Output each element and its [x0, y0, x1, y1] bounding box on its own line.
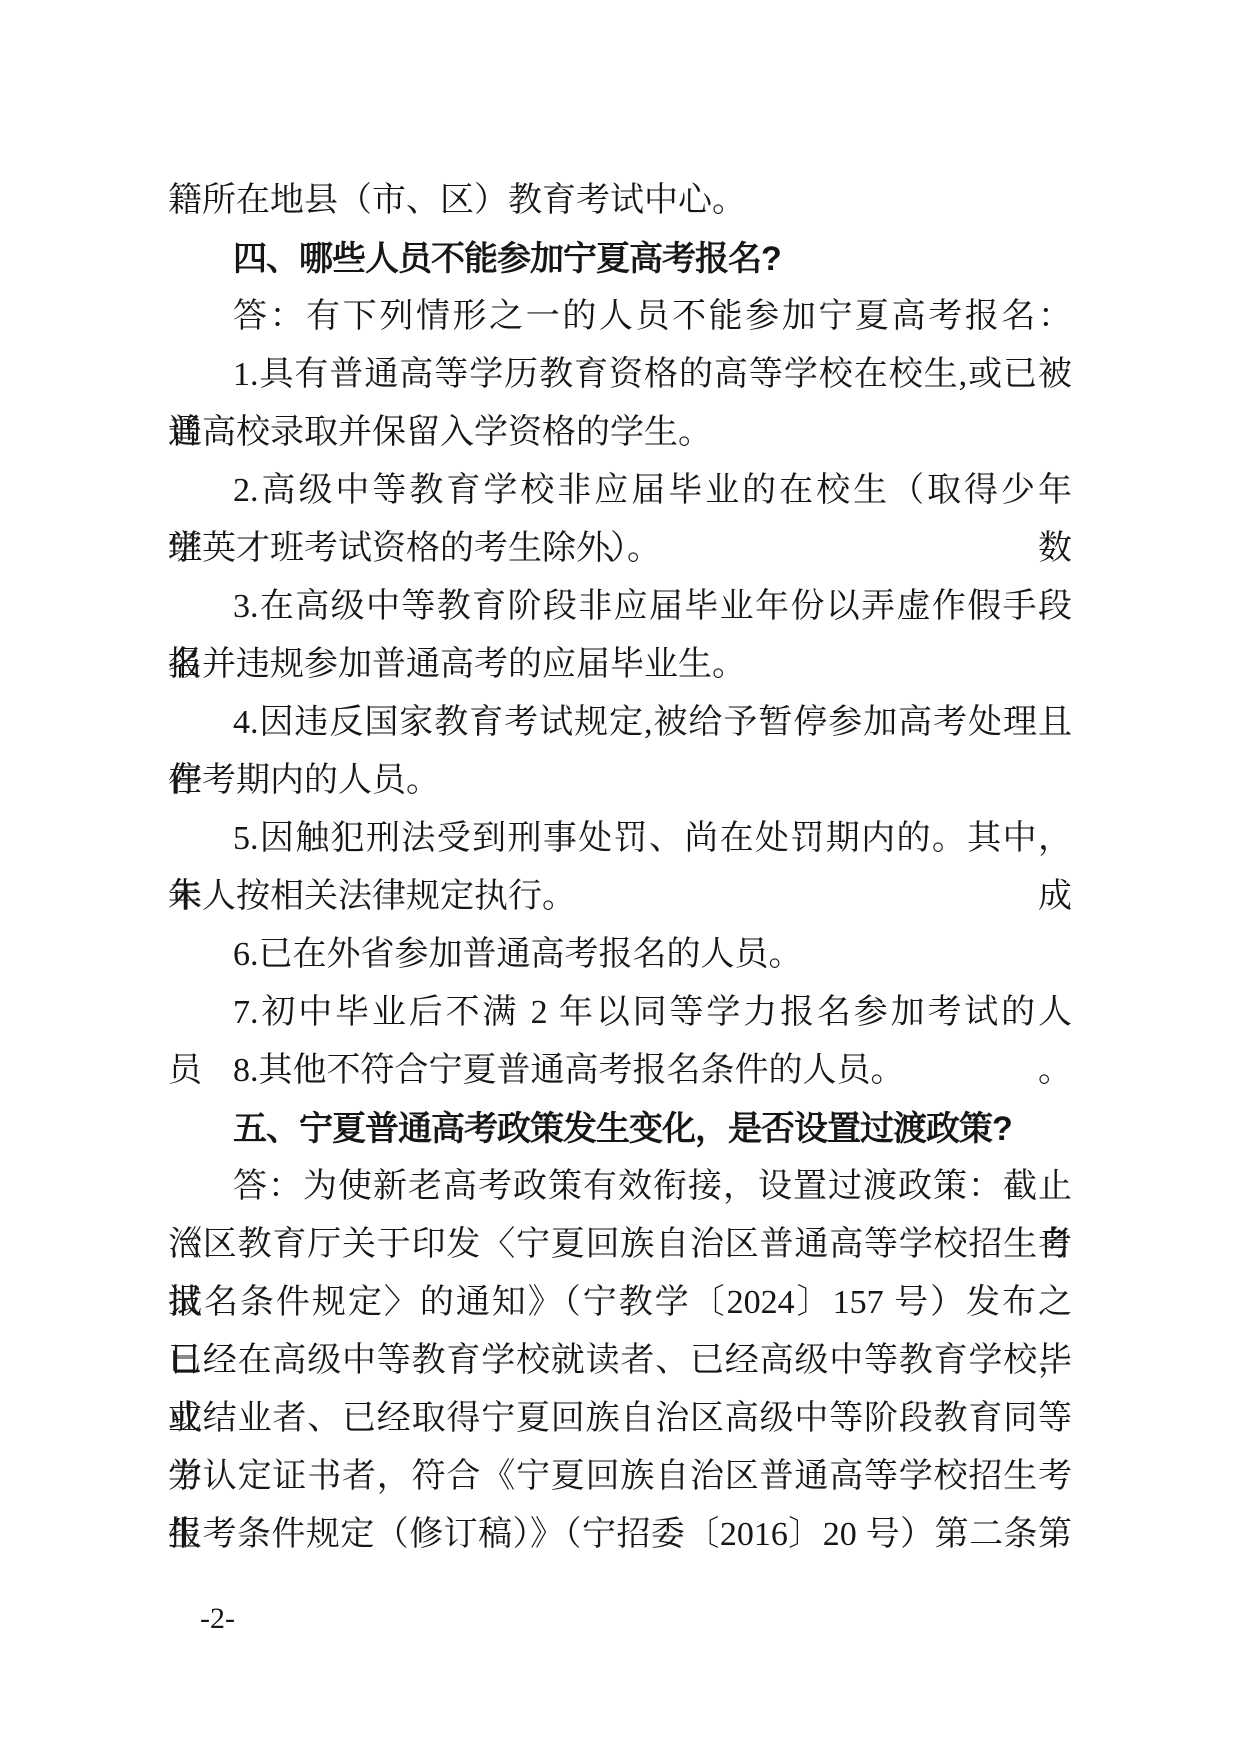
list-item-1-line: 1.具有普通高等学历教育资格的高等学校在校生,或已被普	[168, 346, 1072, 404]
page-number: -2-	[200, 1594, 235, 1644]
answer-text-line: 答：为使新老高考政策有效衔接，设置过渡政策：截止《自	[168, 1158, 1072, 1216]
document-body: 籍所在地县（市、区）教育考试中心。 四、哪些人员不能参加宁夏高考报名? 答：有下…	[168, 172, 1072, 1564]
list-item-5-line: 5.因触犯刑法受到刑事处罚、尚在处罚期内的。其中，未成	[168, 810, 1072, 868]
list-item-3-line: 3.在高级中等教育阶段非应届毕业年份以弄虚作假手段报	[168, 578, 1072, 636]
answer-text-line: 已经在高级中等教育学校就读者、已经高级中等教育学校毕业	[168, 1332, 1072, 1390]
list-item-4-line: 4.因违反国家教育考试规定,被给予暂停参加高考处理且在	[168, 694, 1072, 752]
list-item-7-line: 7.初中毕业后不满 2 年以同等学力报名参加考试的人员。	[168, 984, 1072, 1042]
list-item-3-line: 名并违规参加普通高考的应届毕业生。	[168, 636, 1072, 694]
list-item-1-line: 通高校录取并保留入学资格的学生。	[168, 404, 1072, 462]
answer-text-line: 报考条件规定（修订稿）》（宁招委〔2016〕20 号）第二条第	[168, 1506, 1072, 1564]
answer-text-line: 或结业者、已经取得宁夏回族自治区高级中等阶段教育同等学	[168, 1390, 1072, 1448]
section-four-heading: 四、哪些人员不能参加宁夏高考报名?	[168, 230, 1072, 288]
section-five-heading: 五、宁夏普通高考政策发生变化，是否设置过渡政策?	[168, 1100, 1072, 1158]
answer-intro-line: 答：有下列情形之一的人员不能参加宁夏高考报名：	[168, 288, 1072, 346]
list-item-6-line: 6.已在外省参加普通高考报名的人员。	[168, 926, 1072, 984]
answer-text-line: 治区教育厅关于印发〈宁夏回族自治区普通高等学校招生考试	[168, 1216, 1072, 1274]
answer-text-line: 力认定证书者，符合《宁夏回族自治区普通高等学校招生考生	[168, 1448, 1072, 1506]
list-item-4-line: 停考期内的人员。	[168, 752, 1072, 810]
document-page: 籍所在地县（市、区）教育考试中心。 四、哪些人员不能参加宁夏高考报名? 答：有下…	[0, 0, 1240, 1754]
list-item-2-line: 2.高级中等教育学校非应届毕业的在校生（取得少年班、数	[168, 462, 1072, 520]
answer-text-line: 报名条件规定〉的通知》（宁教学〔2024〕157 号）发布之日，	[168, 1274, 1072, 1332]
body-text-line: 籍所在地县（市、区）教育考试中心。	[168, 172, 1072, 230]
